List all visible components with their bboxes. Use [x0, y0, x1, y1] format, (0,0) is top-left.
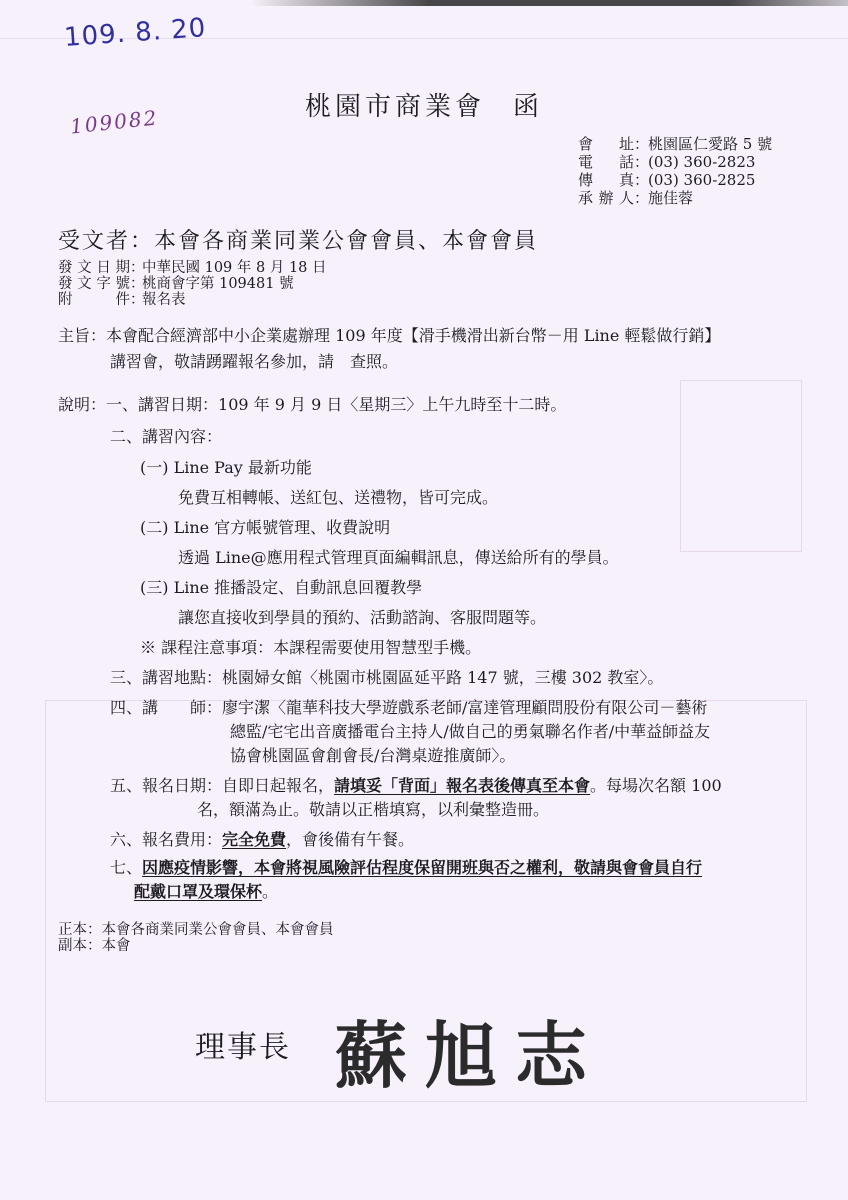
- scan-edge-shadow: [250, 0, 848, 6]
- explanation-item-2-heading: 二、講習內容：: [110, 427, 222, 447]
- content-1-desc: 免費互相轉帳、送紅包、送禮物，皆可完成。: [178, 488, 498, 508]
- explanation-item-7-line-1: 七、因應疫情影響，本會將視風險評估程度保留開班與否之權利，敬請與會會員自行: [110, 858, 702, 878]
- subject-line-2: 講習會，敬請踴躍報名參加，請 查照。: [110, 352, 398, 372]
- contact-row: 傳 真：(03) 360-2825: [578, 171, 772, 189]
- explanation-item-4-line-1: 四、講 師：廖宇潔〈龍華科技大學遊戲系老師/富達管理顧問股份有限公司－藝術: [110, 698, 707, 718]
- bleed-through-box: [680, 380, 802, 552]
- subject-line-1: 主旨：本會配合經濟部中小企業處辦理 109 年度【滑手機滑出新台幣－用 Line…: [58, 326, 720, 346]
- explanation-item-6: 六、報名費用：完全免費，會後備有午餐。: [110, 830, 414, 850]
- content-3-title: (三) Line 推播設定、自動訊息回覆教學: [140, 578, 422, 598]
- meta-row: 發文字號：桃商會字第 109481 號: [58, 276, 327, 292]
- content-3-desc: 讓您直接收到學員的預約、活動諮詢、客服問題等。: [178, 608, 546, 628]
- course-note: ※ 課程注意事項：本課程需要使用智慧型手機。: [140, 638, 481, 658]
- contact-block: 會 址：桃園區仁愛路 5 號 電 話：(03) 360-2823 傳 真：(03…: [578, 135, 772, 207]
- contact-row: 電 話：(03) 360-2823: [578, 153, 772, 171]
- contact-row: 承辦人：施佳蓉: [578, 189, 772, 207]
- content-2-title: (二) Line 官方帳號管理、收費說明: [140, 518, 390, 538]
- recipient-line: 受文者：本會各商業同業公會會員、本會會員: [58, 224, 538, 255]
- free-emphasis: 完全免費: [222, 830, 286, 849]
- doc-type: 函: [513, 92, 543, 122]
- explanation-item-7-line-2: 配戴口罩及環保杯。: [134, 882, 278, 902]
- original-recipients: 正本：本會各商業同業公會會員、本會會員: [58, 922, 334, 938]
- signature-title: 理事長: [195, 1022, 291, 1066]
- organization-name: 桃園市商業會: [305, 92, 485, 122]
- signature-seal-name: 蘇旭志: [335, 998, 605, 1102]
- contact-row: 會 址：桃園區仁愛路 5 號: [578, 135, 772, 153]
- explanation-item-1: 說明：一、講習日期：109 年 9 月 9 日〈星期三〉上午九時至十二時。: [58, 395, 566, 415]
- explanation-item-4-line-3: 協會桃園區會創會長/台灣桌遊推廣師〉。: [230, 746, 515, 766]
- copies-block: 正本：本會各商業同業公會會員、本會會員 副本：本會: [58, 922, 334, 954]
- document-title: 桃園市商業會函: [305, 86, 543, 123]
- meta-row: 發文日期：中華民國 109 年 8 月 18 日: [58, 260, 327, 276]
- fax-instruction-emphasis: 請填妥「背面」報名表後傳真至本會: [334, 776, 590, 795]
- explanation-item-5-line-2: 名，額滿為止。敬請以正楷填寫，以利彙整造冊。: [197, 800, 549, 820]
- explanation-item-5-line-1: 五、報名日期：自即日起報名，請填妥「背面」報名表後傳真至本會。每場次名額 100: [110, 776, 722, 796]
- meta-row: 附 件：報名表: [58, 292, 327, 308]
- handwritten-number: 109082: [69, 105, 159, 138]
- explanation-item-3: 三、講習地點：桃園婦女館〈桃園市桃園區延平路 147 號，三樓 302 教室〉。: [110, 668, 663, 688]
- content-2-desc: 透過 Line@應用程式管理頁面編輯訊息，傳送給所有的學員。: [178, 548, 619, 568]
- copy-recipients: 副本：本會: [58, 938, 334, 954]
- document-page: 109. 8. 20 109082 桃園市商業會函 會 址：桃園區仁愛路 5 號…: [0, 0, 848, 1200]
- received-date-stamp: 109. 8. 20: [63, 13, 207, 53]
- explanation-item-4-line-2: 總監/宅宅出音廣播電台主持人/做自己的勇氣聯名作者/中華益師益友: [230, 722, 710, 742]
- content-1-title: (一) Line Pay 最新功能: [140, 458, 312, 478]
- meta-block: 發文日期：中華民國 109 年 8 月 18 日 發文字號：桃商會字第 1094…: [58, 260, 327, 308]
